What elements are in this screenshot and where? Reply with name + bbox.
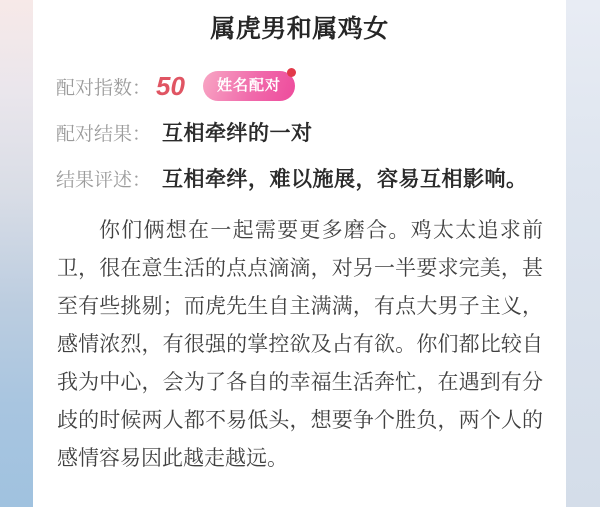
page-title: 属虎男和属鸡女 <box>33 0 566 43</box>
match-result-row: 配对结果： 互相牵绊的一对 <box>56 118 566 146</box>
background-gradient-left <box>0 0 33 507</box>
content-card: 属虎男和属鸡女 配对指数： 50 姓名配对 配对结果： 互相牵绊的一对 结果评述… <box>33 0 566 507</box>
match-index-label: 配对指数： <box>56 73 151 100</box>
page: 属虎男和属鸡女 配对指数： 50 姓名配对 配对结果： 互相牵绊的一对 结果评述… <box>0 0 600 507</box>
background-gradient-right <box>566 0 600 507</box>
match-result-value: 互相牵绊的一对 <box>162 117 313 147</box>
name-match-badge-label: 姓名配对 <box>217 77 281 94</box>
result-description: 你们俩想在一起需要更多磨合。鸡太太追求前卫，很在意生活的点点滴滴，对另一半要求完… <box>57 212 543 478</box>
result-comment-label: 结果评述： <box>56 165 151 192</box>
result-comment-value: 互相牵绊，难以施展，容易互相影响。 <box>162 163 528 193</box>
notification-dot-icon <box>287 68 296 77</box>
match-index-row: 配对指数： 50 姓名配对 <box>56 69 566 103</box>
name-match-badge[interactable]: 姓名配对 <box>203 71 295 101</box>
match-result-label: 配对结果： <box>56 119 151 146</box>
result-comment-row: 结果评述： 互相牵绊，难以施展，容易互相影响。 <box>56 164 566 192</box>
match-index-value: 50 <box>156 71 189 102</box>
